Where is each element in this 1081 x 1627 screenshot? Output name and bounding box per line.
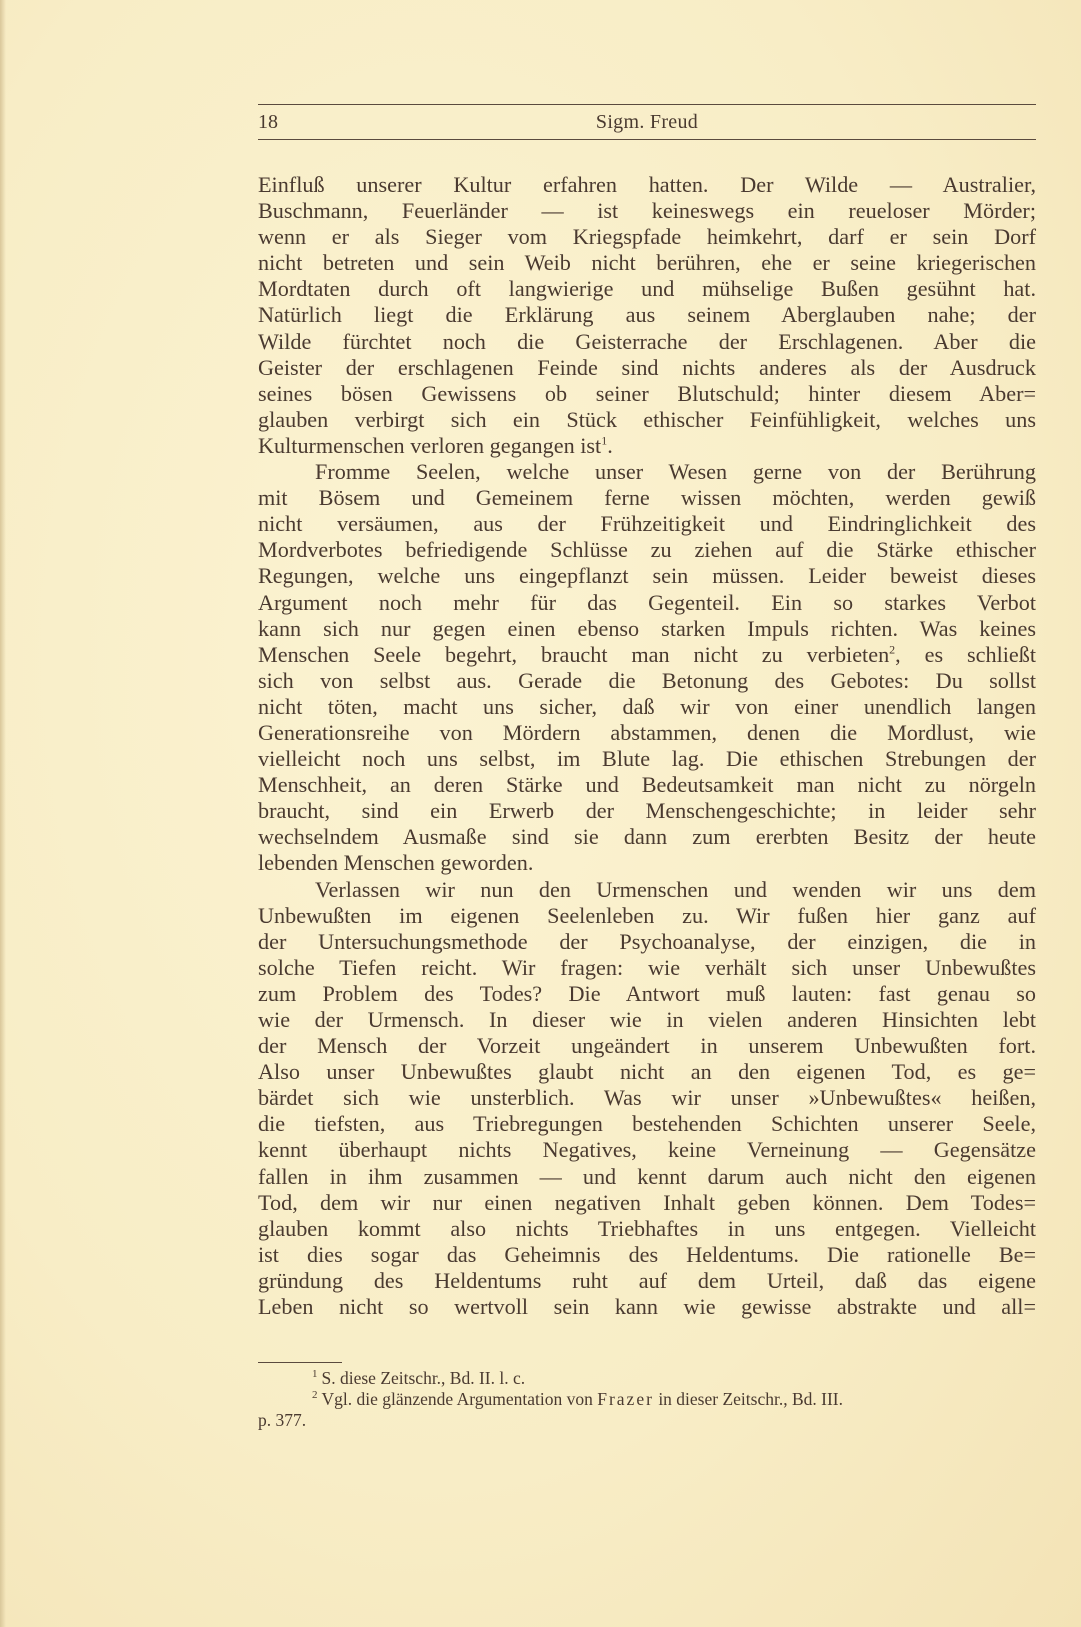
text-line: Also unser Unbewußtes glaubt nicht an de… bbox=[258, 1059, 1036, 1085]
text-line: Mordtaten durch oft langwierige und mühs… bbox=[258, 276, 1036, 302]
text-line: Generationsreihe von Mördern abstammen, … bbox=[258, 720, 1036, 746]
footnote-marker: 2 bbox=[312, 1389, 318, 1401]
text-line: bärdet sich wie unsterblich. Was wir uns… bbox=[258, 1085, 1036, 1111]
paragraph-end-line: lebenden Menschen geworden. bbox=[258, 850, 1036, 876]
text-line: Unbewußten im eigenen Seelenleben zu. Wi… bbox=[258, 903, 1036, 929]
text-line: Menschheit, an deren Stärke und Bedeutsa… bbox=[258, 772, 1036, 798]
text-segment: Kulturmenschen verloren gegangen ist bbox=[258, 433, 601, 458]
text-line: solche Tiefen reicht. Wir fragen: wie ve… bbox=[258, 955, 1036, 981]
text-line: kann sich nur gegen einen ebenso starken… bbox=[258, 616, 1036, 642]
text-line: wechselndem Ausmaße sind sie dann zum er… bbox=[258, 824, 1036, 850]
paragraph-start-line: Fromme Seelen, welche unser Wesen gerne … bbox=[258, 459, 1036, 485]
text-line: Einfluß unserer Kultur erfahren hatten. … bbox=[258, 172, 1036, 198]
text-line: nicht versäumen, aus der Frühzeitigkeit … bbox=[258, 511, 1036, 537]
footnote-text: Vgl. die glänzende Argumentation von bbox=[322, 1389, 598, 1409]
text-line: der Mensch der Vorzeit ungeändert in uns… bbox=[258, 1033, 1036, 1059]
page-edge-shadow bbox=[0, 0, 6, 1627]
text-line: glauben verbirgt sich ein Stück ethische… bbox=[258, 407, 1036, 433]
text-line: zum Problem des Todes? Die Antwort muß l… bbox=[258, 981, 1036, 1007]
text-line-with-footnote: Menschen Seele begehrt, braucht man nich… bbox=[258, 642, 1036, 668]
text-line: kennt überhaupt nichts Negatives, keine … bbox=[258, 1137, 1036, 1163]
text-segment: , es schließt bbox=[895, 642, 1036, 667]
text-line: Mordverbotes befriedigende Schlüsse zu z… bbox=[258, 537, 1036, 563]
text-line: wie der Urmensch. In dieser wie in viele… bbox=[258, 1007, 1036, 1033]
running-title: Sigm. Freud bbox=[258, 105, 1036, 139]
paragraph-start-line: Verlassen wir nun den Urmenschen und wen… bbox=[258, 877, 1036, 903]
text-line: Tod, dem wir nur einen negativen Inhalt … bbox=[258, 1190, 1036, 1216]
body-text: Einfluß unserer Kultur erfahren hatten. … bbox=[258, 172, 1036, 1320]
text-line: glauben kommt also nichts Triebhaftes in… bbox=[258, 1216, 1036, 1242]
footnote-1: 1S. diese Zeitschr., Bd. II. l. c. bbox=[258, 1368, 1036, 1389]
text-line: Buschmann, Feuerländer — ist keineswegs … bbox=[258, 198, 1036, 224]
text-line: Regungen, welche uns eingepflanzt sein m… bbox=[258, 563, 1036, 589]
footnote-2-continuation: p. 377. bbox=[258, 1410, 1036, 1431]
footnotes: 1S. diese Zeitschr., Bd. II. l. c. 2Vgl.… bbox=[258, 1368, 1036, 1431]
text-line: die tiefsten, aus Triebregungen bestehen… bbox=[258, 1111, 1036, 1137]
text-line: wenn er als Sieger vom Kriegspfade heimk… bbox=[258, 224, 1036, 250]
text-segment: Menschen Seele begehrt, braucht man nich… bbox=[258, 642, 889, 667]
text-line: vielleicht noch uns selbst, im Blute lag… bbox=[258, 746, 1036, 772]
text-line: nicht töten, macht uns sicher, daß wir v… bbox=[258, 694, 1036, 720]
text-line: sich von selbst aus. Gerade die Betonung… bbox=[258, 668, 1036, 694]
text-line: seines bösen Gewissens ob seiner Blutsch… bbox=[258, 381, 1036, 407]
text-segment: . bbox=[607, 433, 613, 458]
footnote-separator bbox=[258, 1362, 342, 1363]
text-line: Natürlich liegt die Erklärung aus seinem… bbox=[258, 302, 1036, 328]
running-header: 18 Sigm. Freud bbox=[258, 104, 1036, 140]
text-line: Argument noch mehr für das Gegenteil. Ei… bbox=[258, 590, 1036, 616]
text-line: nicht betreten und sein Weib nicht berüh… bbox=[258, 250, 1036, 276]
header-rule-bottom bbox=[258, 139, 1036, 140]
text-line: gründung des Heldentums ruht auf dem Urt… bbox=[258, 1268, 1036, 1294]
footnote-text: in dieser Zeitschr., Bd. III. bbox=[654, 1389, 843, 1409]
footnote-text: S. diese Zeitschr., Bd. II. l. c. bbox=[322, 1368, 526, 1388]
text-line: ist dies sogar das Geheimnis des Heldent… bbox=[258, 1242, 1036, 1268]
text-line: Geister der erschlagenen Feinde sind nic… bbox=[258, 355, 1036, 381]
text-line: fallen in ihm zusammen — und kennt darum… bbox=[258, 1164, 1036, 1190]
text-line: Leben nicht so wertvoll sein kann wie ge… bbox=[258, 1294, 1036, 1320]
text-line: der Untersuchungsmethode der Psychoanaly… bbox=[258, 929, 1036, 955]
text-line: braucht, sind ein Erwerb der Menschenges… bbox=[258, 798, 1036, 824]
running-head-row: 18 Sigm. Freud bbox=[258, 105, 1036, 139]
footnote-2: 2Vgl. die glänzende Argumentation von Fr… bbox=[258, 1389, 1036, 1410]
footnote-marker: 1 bbox=[312, 1368, 318, 1380]
text-line: Wilde fürchtet noch die Geisterrache der… bbox=[258, 329, 1036, 355]
text-line: mit Bösem und Gemeinem ferne wissen möch… bbox=[258, 485, 1036, 511]
footnote-author-name: Frazer bbox=[597, 1389, 654, 1409]
text-line-with-footnote: Kulturmenschen verloren gegangen ist1. bbox=[258, 433, 1036, 459]
